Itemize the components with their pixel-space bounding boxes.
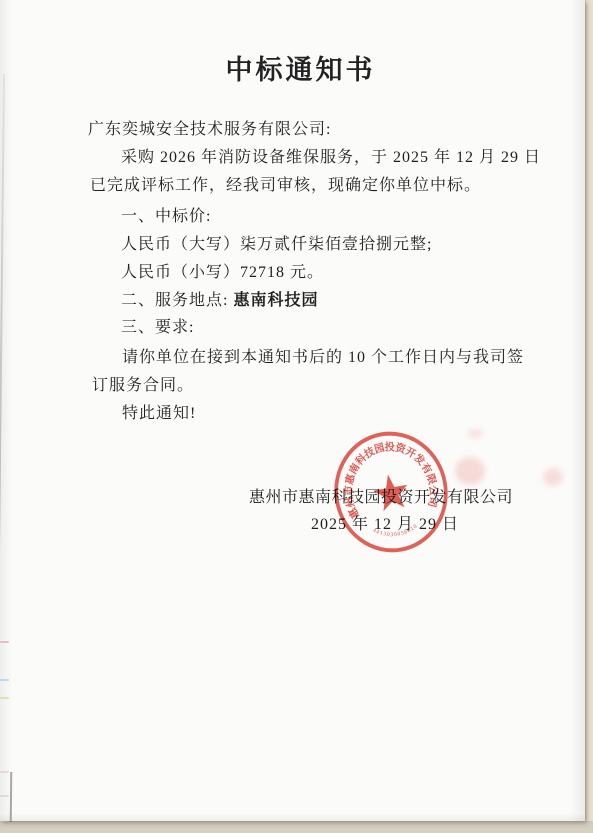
- item2-label: 二、服务地点:: [121, 292, 233, 309]
- seal-ink-smudge: [455, 457, 485, 485]
- star-icon: [371, 472, 411, 513]
- scan-artifact-line: [0, 641, 9, 643]
- closing-line: 特此通知!: [122, 400, 196, 423]
- scanned-document: 中标通知书 广东奕城安全技术服务有限公司: 采购 2026 年消防设备维保服务，…: [0, 0, 593, 833]
- item2-service-location: 二、服务地点: 惠南科技园: [121, 287, 318, 310]
- document-page: 中标通知书 广东奕城安全技术服务有限公司: 采购 2026 年消防设备维保服务，…: [0, 0, 585, 821]
- item2-value: 惠南科技园: [233, 292, 318, 309]
- price-in-figures: 人民币（小写）72718 元。: [121, 259, 324, 282]
- company-seal-stamp: 惠州市惠南科技园投资开发有限公司 4413030056810: [323, 421, 459, 563]
- intro-line-1: 采购 2026 年消防设备维保服务，于 2025 年 12 月 29 日: [121, 144, 541, 167]
- seal-serial-number: 4413030056810: [371, 520, 420, 542]
- price-in-words: 人民币（大写）柒万贰仟柒佰壹拾捌元整;: [121, 231, 432, 254]
- seal-ink-smudge: [468, 429, 483, 438]
- item3-heading: 三、要求:: [121, 314, 194, 337]
- intro-line-2: 已完成评标工作，经我司审核，现确定你单位中标。: [90, 172, 481, 195]
- scan-artifact-line: [0, 795, 9, 797]
- seal-ink-smudge: [543, 468, 563, 486]
- scan-artifact-line: [0, 679, 9, 681]
- item1-heading: 一、中标价:: [121, 203, 211, 226]
- scan-artifact-line: [0, 771, 9, 773]
- document-title: 中标通知书: [8, 48, 593, 87]
- scan-artifact-line: [0, 697, 9, 699]
- recipient-line: 广东奕城安全技术服务有限公司:: [88, 116, 331, 139]
- requirement-line-1: 请你单位在接到本通知书后的 10 个工作日内与我司签: [122, 344, 524, 367]
- scanner-background-bottom: [0, 821, 593, 833]
- requirement-line-2: 订服务合同。: [92, 372, 194, 395]
- page-bottom-shadow: [0, 813, 585, 821]
- scanner-background-right: [584, 0, 593, 833]
- page-right-shadow: [571, 0, 585, 821]
